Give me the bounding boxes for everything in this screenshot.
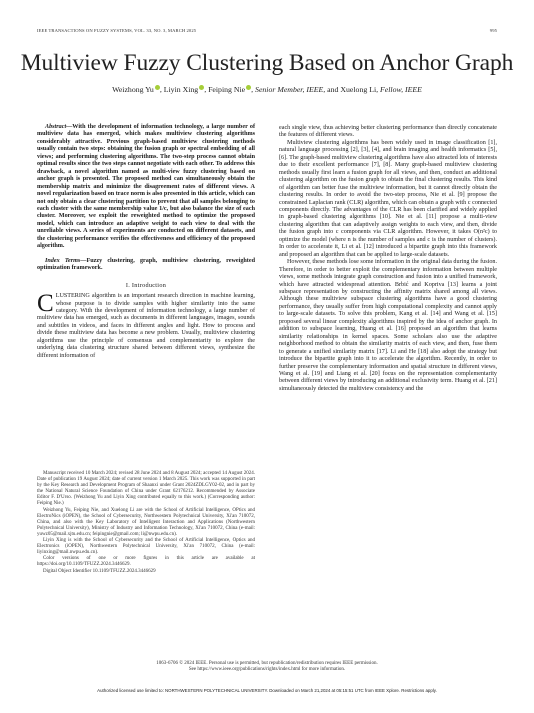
- author-membership: Senior Member, IEEE: [255, 85, 323, 94]
- manuscript-received: Manuscript received 10 March 2024; revis…: [37, 471, 255, 508]
- intro-lead-word: LUSTERING: [56, 293, 90, 299]
- section-heading-introduction: I. Introduction: [37, 282, 255, 289]
- journal-name: IEEE TRANSACTIONS ON FUZZY SYSTEMS, VOL.…: [37, 28, 196, 33]
- affiliation-2: Liyin Xing is with the School of Cyberse…: [37, 538, 255, 556]
- copyright-line-2[interactable]: See https://www.ieee.org/publications/ri…: [0, 667, 534, 673]
- copyright-notice: 1063-6706 © 2024 IEEE. Personal use is p…: [0, 661, 534, 674]
- author-name: Weizhong Yu: [112, 85, 154, 94]
- doi: Digital Object Identifier 10.1109/TFUZZ.…: [37, 569, 255, 575]
- first-page-footnote: Manuscript received 10 March 2024; revis…: [37, 471, 255, 575]
- intro-paragraph-2: Multiview clustering algorithms has been…: [279, 140, 497, 259]
- abstract-label: Abstract—: [45, 124, 72, 130]
- paper-title: Multiview Fuzzy Clustering Based on Anch…: [0, 50, 534, 77]
- intro-paragraph-3: However, these methods lose some informa…: [279, 259, 497, 393]
- orcid-icon[interactable]: [199, 85, 204, 90]
- abstract: Abstract—With the development of informa…: [37, 124, 255, 251]
- right-column: each single view, thus achieving better …: [279, 125, 497, 393]
- left-column: Abstract—With the development of informa…: [37, 124, 255, 360]
- index-terms-label: Index Terms—: [45, 258, 86, 264]
- affiliation-1: Weizhong Yu, Feiping Nie, and Xuelong Li…: [37, 508, 255, 538]
- orcid-icon[interactable]: [155, 85, 160, 90]
- intro-continuation: each single view, thus achieving better …: [279, 125, 497, 140]
- intro-paragraph: CLUSTERING algorithm is an important res…: [37, 293, 255, 360]
- abstract-text: With the development of information tech…: [37, 124, 255, 249]
- author-membership: Fellow, IEEE: [380, 85, 422, 94]
- author-list: Weizhong Yu, Liyin Xing, Feiping Nie, Se…: [0, 85, 534, 94]
- index-terms: Index Terms—Fuzzy clustering, graph, mul…: [37, 258, 255, 273]
- page-number: 995: [490, 28, 497, 33]
- author-name: Feiping Nie: [208, 85, 245, 94]
- license-bar: Authorized licensed use limited to: NORT…: [0, 688, 534, 693]
- orcid-icon[interactable]: [246, 85, 251, 90]
- color-versions-note[interactable]: Color versions of one or more figures in…: [37, 556, 255, 568]
- running-head: IEEE TRANSACTIONS ON FUZZY SYSTEMS, VOL.…: [37, 28, 497, 33]
- author-name: Xuelong Li: [340, 85, 376, 94]
- author-name: Liyin Xing: [164, 85, 198, 94]
- drop-cap: C: [37, 294, 54, 313]
- author-and: and: [327, 85, 338, 94]
- intro-text: algorithm is an important research direc…: [37, 293, 255, 359]
